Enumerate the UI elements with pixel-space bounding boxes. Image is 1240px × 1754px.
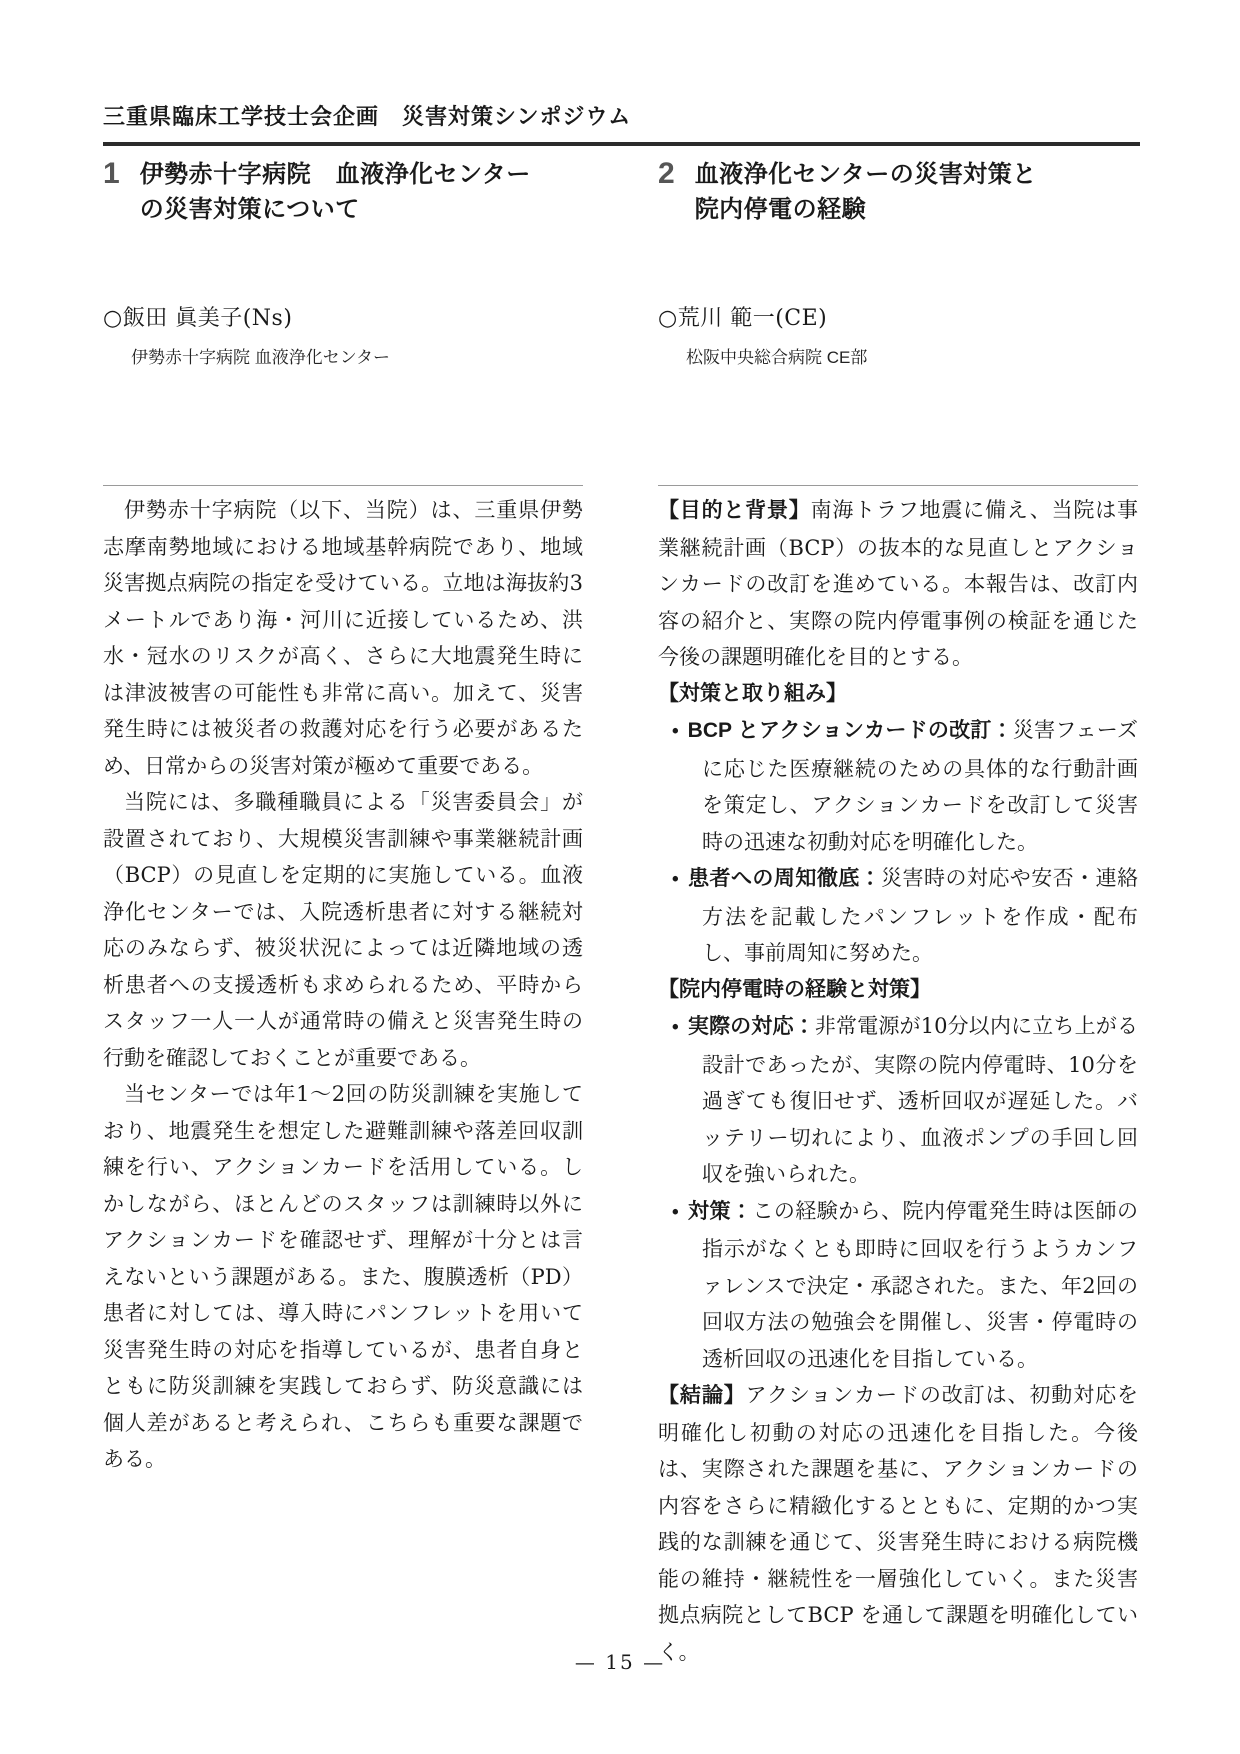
abstract-1-author-name: ○飯田 眞美子(Ns) bbox=[103, 301, 390, 332]
abstract-2-conclusion-paragraph: 【結論】アクションカードの改訂は、初動対応を明確化し初動の対応の迅速化を目指した… bbox=[658, 1377, 1138, 1670]
abstract-1-body: 伊勢赤十字病院（以下、当院）は、三重県伊勢志摩南勢地域における地域基幹病院であり… bbox=[103, 492, 583, 1478]
abstract-2-affiliation: 松阪中央総合病院 CE部 bbox=[686, 343, 867, 368]
bullet-text: この経験から、院内停電発生時は医師の指示がなくとも即時に回収を行うようカンファレ… bbox=[702, 1199, 1138, 1371]
abstract-2-body: 【目的と背景】南海トラフ地震に備え、当院は事業継続計画（BCP）の抜本的な見直し… bbox=[658, 492, 1138, 1670]
conclusion-text: アクションカードの改訂は、初動対応を明確化し初動の対応の迅速化を目指した。今後は… bbox=[658, 1383, 1138, 1664]
purpose-heading: 【目的と背景】 bbox=[658, 499, 811, 522]
abstract-2-number: 2 bbox=[658, 157, 675, 191]
outage-heading: 【院内停電時の経験と対策】 bbox=[658, 972, 1138, 1009]
bullet-item-countermeasure: •対策：この経験から、院内停電発生時は医師の指示がなくとも即時に回収を行うようカ… bbox=[658, 1193, 1138, 1378]
abstract-2-title-row: 2 血液浄化センターの災害対策と 院内停電の経験 bbox=[658, 157, 1138, 227]
abstract-1-authors: ○飯田 眞美子(Ns) 伊勢赤十字病院 血液浄化センター bbox=[103, 301, 390, 368]
bullet-icon: • bbox=[672, 1202, 688, 1223]
bullet-item-bcp-revision: •BCP とアクションカードの改訂：災害フェーズに応じた医療継続のための具体的な… bbox=[658, 712, 1138, 860]
abstract-2-purpose-paragraph: 【目的と背景】南海トラフ地震に備え、当院は事業継続計画（BCP）の抜本的な見直し… bbox=[658, 492, 1138, 676]
abstract-page: 三重県臨床工学技士会企画 災害対策シンポジウム 1 伊勢赤十字病院 血液浄化セン… bbox=[0, 0, 1240, 1754]
conclusion-heading: 【結論】 bbox=[658, 1384, 746, 1407]
bullet-item-patient-notice: •患者への周知徹底：災害時の対応や安否・連絡方法を記載したパンフレットを作成・配… bbox=[658, 860, 1138, 972]
abstract-2-divider bbox=[658, 485, 1138, 486]
abstract-1-title-row: 1 伊勢赤十字病院 血液浄化センター の災害対策について bbox=[103, 157, 583, 227]
abstract-1-paragraph-1: 伊勢赤十字病院（以下、当院）は、三重県伊勢志摩南勢地域における地域基幹病院であり… bbox=[103, 492, 583, 784]
bullet-icon: • bbox=[672, 721, 688, 742]
page-number: — 15 — bbox=[0, 1650, 1240, 1674]
abstract-1-number: 1 bbox=[103, 157, 120, 191]
abstract-1-affiliation: 伊勢赤十字病院 血液浄化センター bbox=[131, 343, 390, 368]
measures-heading: 【対策と取り組み】 bbox=[658, 676, 1138, 713]
abstract-2-authors: ○荒川 範一(CE) 松阪中央総合病院 CE部 bbox=[658, 301, 867, 368]
abstract-2-title: 血液浄化センターの災害対策と 院内停電の経験 bbox=[695, 157, 1037, 227]
abstract-1-paragraph-2: 当院には、多職種職員による「災害委員会」が設置されており、大規模災害訓練や事業継… bbox=[103, 784, 583, 1076]
symposium-header: 三重県臨床工学技士会企画 災害対策シンポジウム bbox=[103, 100, 1140, 146]
bullet-icon: • bbox=[672, 1017, 688, 1038]
abstract-2-author-name: ○荒川 範一(CE) bbox=[658, 301, 867, 332]
bullet-icon: • bbox=[672, 869, 688, 890]
bullet-item-actual-response: •実際の対応：非常電源が10分以内に立ち上がる設計であったが、実際の院内停電時、… bbox=[658, 1008, 1138, 1193]
bullet-label: 患者への周知徹底： bbox=[688, 867, 881, 890]
bullet-text: 非常電源が10分以内に立ち上がる設計であったが、実際の院内停電時、10分を過ぎて… bbox=[702, 1014, 1138, 1186]
abstract-1-divider bbox=[103, 485, 583, 486]
bullet-label: 対策： bbox=[688, 1200, 753, 1223]
abstract-1-paragraph-3: 当センターでは年1〜2回の防災訓練を実施しており、地震発生を想定した避難訓練や落… bbox=[103, 1076, 583, 1478]
bullet-label: BCP とアクションカードの改訂： bbox=[688, 719, 1013, 742]
purpose-text: 南海トラフ地震に備え、当院は事業継続計画（BCP）の抜本的な見直しとアクションカ… bbox=[658, 498, 1138, 669]
abstract-1-title: 伊勢赤十字病院 血液浄化センター の災害対策について bbox=[140, 157, 531, 227]
abstract-2: 2 血液浄化センターの災害対策と 院内停電の経験 ○荒川 範一(CE) 松阪中央… bbox=[658, 157, 1138, 227]
bullet-label: 実際の対応： bbox=[688, 1015, 815, 1038]
abstract-1: 1 伊勢赤十字病院 血液浄化センター の災害対策について ○飯田 眞美子(Ns)… bbox=[103, 157, 583, 227]
